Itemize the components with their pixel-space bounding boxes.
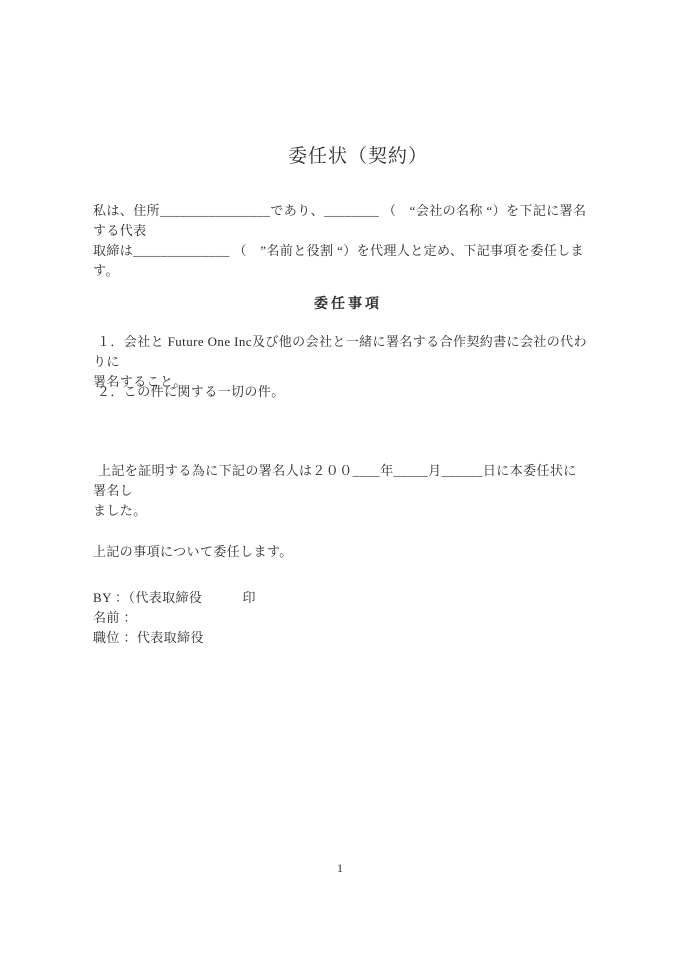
date-clause: 上記を証明する為に下記の署名人は２００____年_____月______日に本委…: [93, 461, 590, 521]
signature-by-line: BY ：（代表取締役 印: [93, 588, 590, 608]
document-title: 委任状（契約）: [0, 142, 680, 172]
document-page: 委任状（契約） 私は、住所________________であり、_______…: [0, 0, 680, 962]
delegation-statement: 上記の事項について委任します。: [93, 542, 590, 562]
section-heading: 委任事項: [0, 295, 680, 315]
signature-title-line: 職位 ：代表取締役: [93, 628, 590, 648]
page-number: 1: [0, 861, 680, 876]
signature-block: BY ：（代表取締役 印 名前 ： 職位 ：代表取締役: [93, 588, 590, 648]
signature-name-line: 名前 ：: [93, 608, 590, 628]
intro-paragraph: 私は、住所________________であり、________ （ “会社の…: [93, 201, 590, 281]
delegated-item-2: ２．この件に関する一切の件。: [93, 382, 590, 402]
